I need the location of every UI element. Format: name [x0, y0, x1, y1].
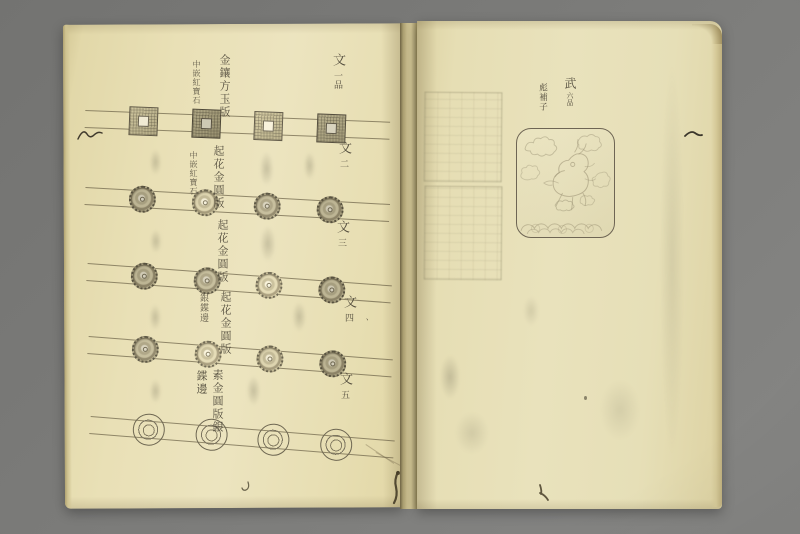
bleed-smudge: [149, 149, 161, 175]
badge-name-label: 彪補子: [538, 83, 547, 112]
rank-label-4: 文四: [340, 295, 356, 322]
note-label-rank1: 中嵌紅寶石: [192, 60, 200, 105]
rank-number: 一品: [332, 71, 341, 89]
note-label-rank4: 銀鍱邊: [198, 293, 207, 323]
rank-number: 四: [343, 313, 352, 322]
material-label-rank5: 素金圓版銀: [212, 369, 223, 434]
bleed-smudge: [660, 60, 684, 460]
note-label-rank2: 中嵌紅寶石: [189, 151, 197, 196]
bleed-smudge: [260, 226, 276, 262]
military-rank-label: 武六品: [562, 77, 578, 106]
material-label-rank1: 金鑲方玉版: [219, 54, 230, 119]
material-label-rank5-cont: 鍱邊: [196, 370, 207, 396]
bleed-through-table: [424, 186, 503, 281]
rank-number: 五: [339, 390, 348, 399]
bleed-smudge: [149, 304, 161, 330]
photo-backdrop: 金鑲方玉版 中嵌紅寶石 文一品 起花金圓版 中嵌紅寶石 文二 起花金圓版 文三 …: [0, 0, 800, 534]
rank-number: 六品: [566, 92, 573, 106]
bleed-smudge: [260, 152, 274, 186]
bleed-smudge: [149, 379, 161, 403]
belt-plaque-square: [191, 109, 221, 139]
bleed-smudge: [523, 296, 539, 326]
bleed-smudge: [292, 302, 306, 332]
bleed-smudge: [440, 355, 460, 399]
ink-dot-mark: 、: [358, 318, 367, 327]
material-label-rank4: 起花金圓版: [220, 291, 231, 356]
book-gutter: [400, 23, 417, 509]
bleed-smudge: [455, 412, 489, 454]
ink-flick-bottom-left-page: [240, 480, 252, 494]
ink-squiggle-left-margin: [76, 124, 104, 144]
rank-number: 三: [336, 238, 345, 247]
bleed-smudge: [600, 380, 640, 440]
rank-char: 文: [336, 141, 351, 154]
belt-plaque-square: [253, 111, 283, 141]
rank-label-1: 文一品: [329, 53, 345, 89]
rank-label-5: 文五: [336, 372, 352, 399]
thread-right-edge: [684, 129, 704, 141]
binding-stitch-bottom: [535, 483, 551, 503]
bleed-through-table: [424, 92, 503, 183]
rank-char: 武: [563, 77, 577, 89]
rank-badge-frame: [516, 128, 615, 238]
rank-char: 文: [330, 53, 345, 66]
rank-label-2: 文二: [335, 141, 351, 168]
rank-number: 二: [338, 159, 347, 168]
belt-plaque-square: [128, 106, 158, 136]
page-corner-shade: [692, 24, 722, 44]
paper-speck: [584, 396, 587, 400]
rank-char: 文: [337, 372, 352, 385]
belt-plaque-square: [316, 113, 346, 143]
rank-label-3: 文三: [333, 220, 349, 247]
material-label-rank3: 起花金圓版: [217, 219, 228, 284]
rank-char: 文: [334, 220, 349, 233]
material-label-rank2: 起花金圓版: [213, 145, 224, 210]
binding-stitch-gutter: [390, 470, 404, 506]
bleed-smudge: [246, 376, 260, 406]
bleed-smudge: [304, 152, 316, 180]
rank-char: 文: [341, 295, 356, 308]
badge-beast-sketch: [517, 129, 614, 237]
bleed-smudge: [150, 229, 162, 253]
